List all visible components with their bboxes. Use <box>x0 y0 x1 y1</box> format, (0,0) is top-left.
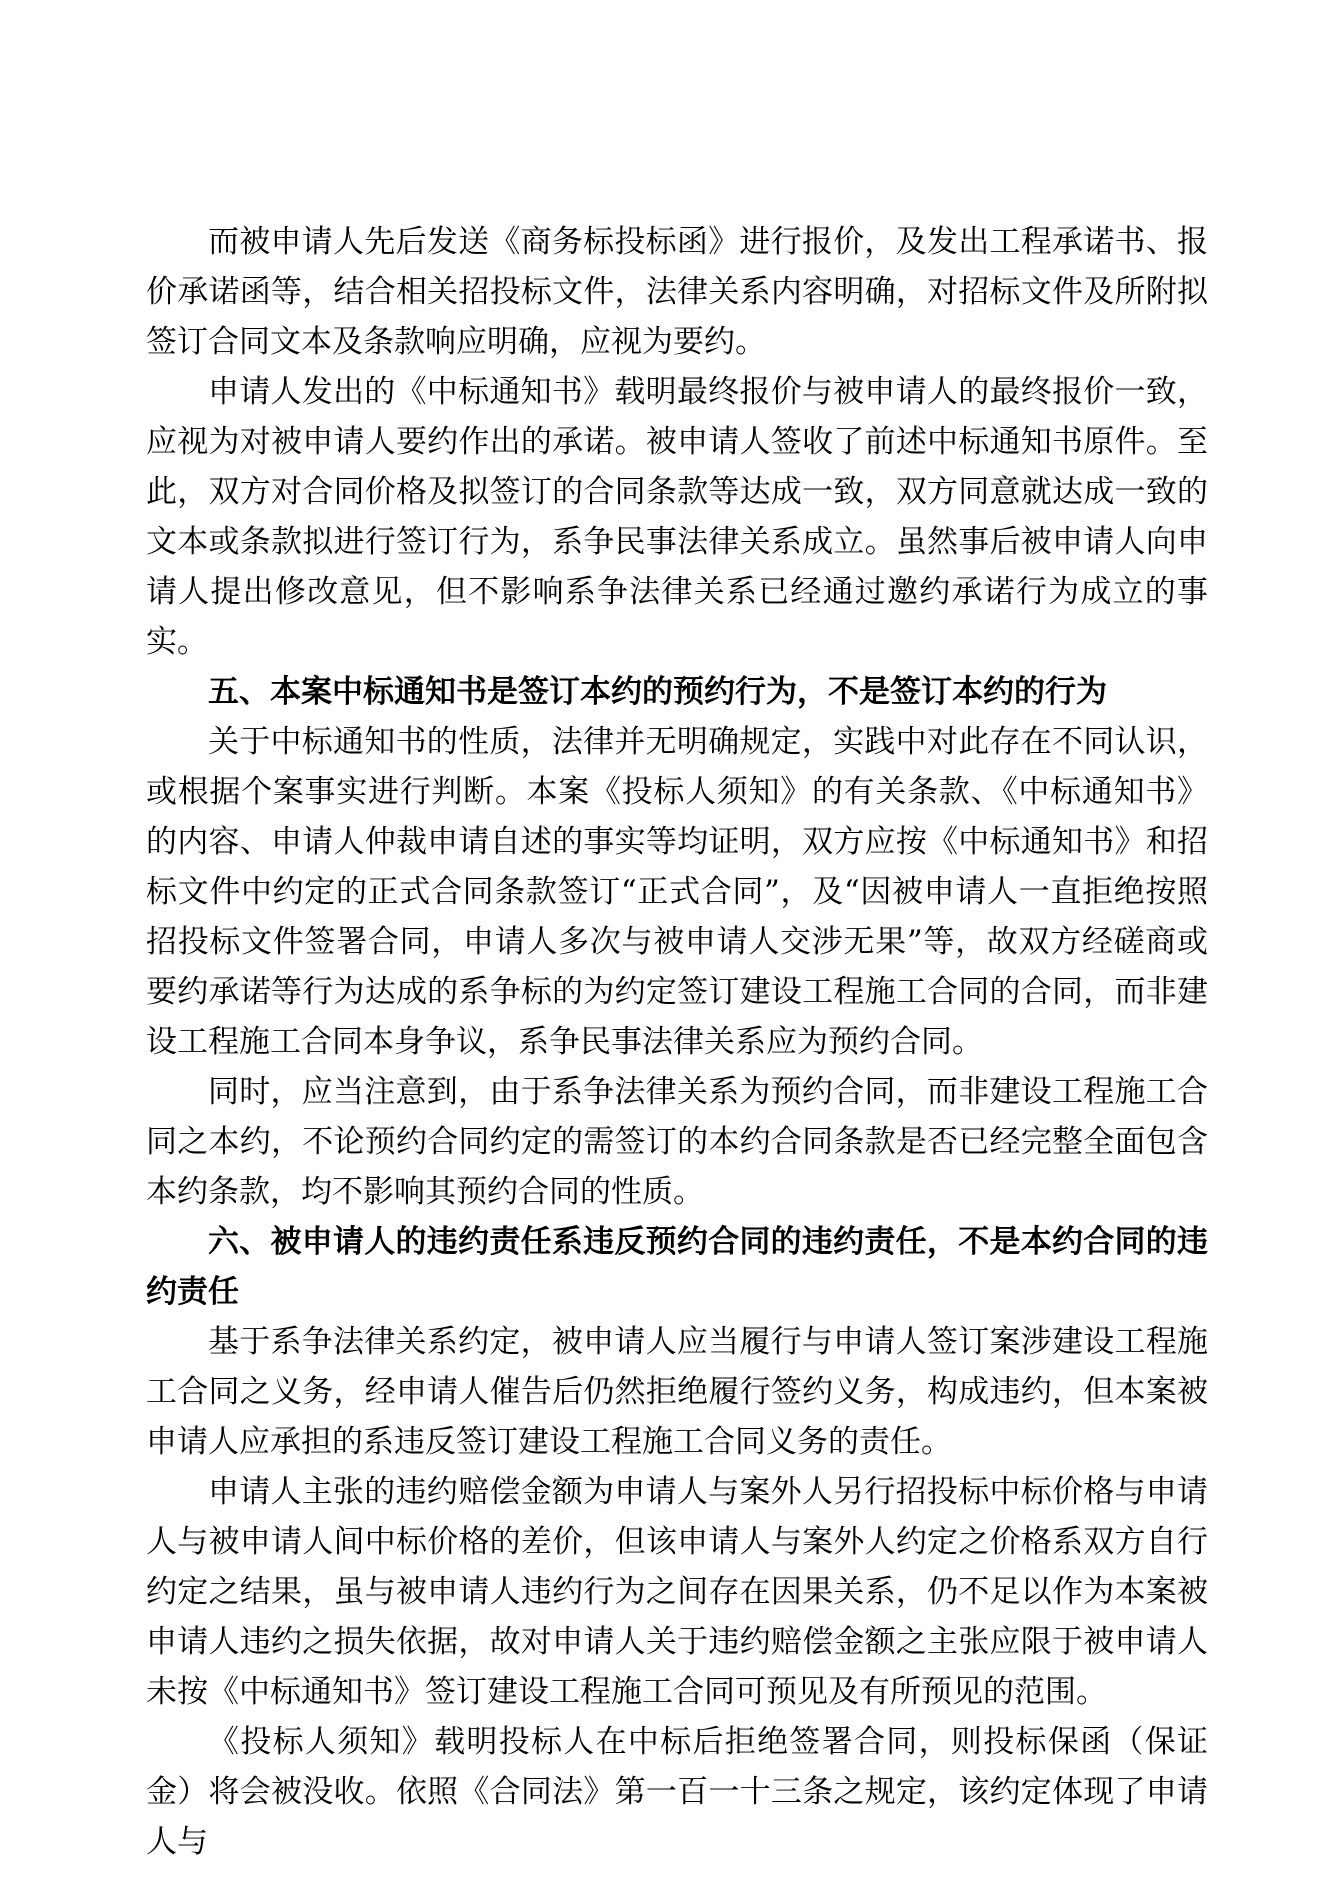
paragraph-damages-claim: 申请人主张的违约赔偿金额为申请人与案外人另行招投标中标价格与申请人与被申请人间中… <box>146 1467 1208 1717</box>
paragraph-breach-liability: 基于系争法律关系约定，被申请人应当履行与申请人签订案涉建设工程施工合同之义务，经… <box>146 1317 1208 1467</box>
section-heading-5: 五、本案中标通知书是签订本约的预约行为，不是签订本约的行为 <box>146 667 1208 717</box>
paragraph-bid-bond: 《投标人须知》载明投标人在中标后拒绝签署合同，则投标保函（保证金）将会被没收。依… <box>146 1717 1208 1867</box>
document-page: 而被申请人先后发送《商务标投标函》进行报价，及发出工程承诺书、报价承诺函等，结合… <box>0 0 1339 1890</box>
document-content: 而被申请人先后发送《商务标投标函》进行报价，及发出工程承诺书、报价承诺函等，结合… <box>146 217 1208 1867</box>
paragraph-offer-description: 而被申请人先后发送《商务标投标函》进行报价，及发出工程承诺书、报价承诺函等，结合… <box>146 217 1208 367</box>
paragraph-preliminary-contract-note: 同时，应当注意到，由于系争法律关系为预约合同，而非建设工程施工合同之本约，不论预… <box>146 1067 1208 1217</box>
paragraph-acceptance-analysis: 申请人发出的《中标通知书》载明最终报价与被申请人的最终报价一致，应视为对被申请人… <box>146 367 1208 667</box>
paragraph-notice-nature: 关于中标通知书的性质，法律并无明确规定，实践中对此存在不同认识，或根据个案事实进… <box>146 717 1208 1067</box>
section-heading-6: 六、被申请人的违约责任系违反预约合同的违约责任，不是本约合同的违约责任 <box>146 1217 1208 1317</box>
